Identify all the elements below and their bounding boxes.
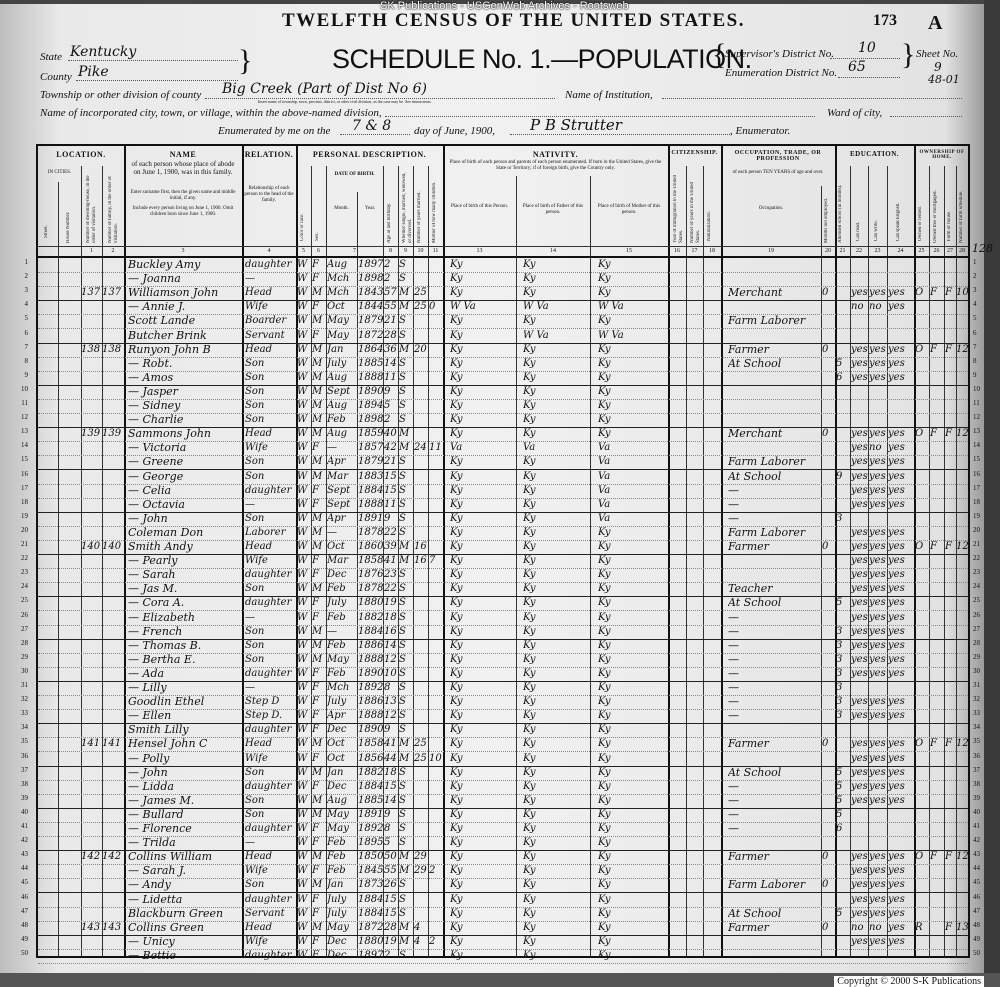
table-row: 1212— CharlieSonWMFeb18982SKyKyKy (38, 413, 968, 428)
can-read-cell: yes (851, 752, 868, 766)
birthplace-father-cell: Ky (523, 540, 590, 554)
can-speak-english-cell: yes (888, 470, 914, 484)
color-cell: W (297, 695, 311, 709)
relation-cell: Wife (245, 864, 296, 878)
can-write-cell: no (869, 300, 887, 314)
table-row: 3131— Lilly—WFMch18928SKyKyKy—3 (38, 681, 968, 696)
page-number: 173 (873, 12, 897, 30)
birthplace-father-cell: Ky (523, 723, 590, 737)
relation-cell: Head (245, 286, 296, 300)
owned-rented-cell (915, 455, 929, 469)
vh-color: Color or race. (300, 196, 306, 241)
farm-schedule-cell (956, 441, 970, 455)
farm-house-cell (945, 864, 956, 878)
relation-cell: Step D. (245, 709, 296, 723)
years-married-cell: 25 (414, 752, 428, 766)
free-mortgaged-cell (930, 413, 944, 427)
years-married-cell (414, 512, 428, 526)
birthplace-person-cell: Ky (450, 864, 516, 878)
birthplace-mother-cell: Ky (598, 794, 668, 808)
vh-naturalization: Naturalization. (707, 176, 713, 241)
farm-house-cell (945, 611, 956, 625)
farm-schedule-cell (956, 822, 970, 836)
birthplace-person-cell: Ky (450, 794, 516, 808)
farm-schedule-cell (956, 752, 970, 766)
birth-year-cell: 1864 (358, 343, 383, 357)
dwelling-number-cell (81, 935, 102, 949)
birthplace-father-cell: Ky (523, 667, 590, 681)
months-unemployed-cell (822, 808, 835, 822)
years-married-cell (414, 639, 428, 653)
family-number-cell (102, 822, 124, 836)
mother-of-cell (429, 343, 443, 357)
relation-cell: — (245, 272, 296, 286)
birthplace-person-cell: Va (450, 441, 516, 455)
farm-schedule-cell (956, 808, 970, 822)
day-line (340, 134, 410, 135)
person-name-cell: — Bullard (128, 808, 242, 822)
birthplace-father-cell: Ky (523, 907, 590, 921)
birth-month-cell: Mar (327, 470, 357, 484)
birth-year-cell: 1888 (358, 709, 383, 723)
relation-cell: Wife (245, 441, 296, 455)
group-relation: RELATION. (242, 150, 296, 159)
marital-status-cell: S (399, 653, 413, 667)
person-name-cell: Scott Lande (128, 314, 242, 328)
attended-school-cell: 6 (836, 371, 850, 385)
owned-rented-cell (915, 893, 929, 907)
birthplace-mother-cell: Ky (598, 653, 668, 667)
birthplace-person-cell: Ky (450, 314, 516, 328)
occupation-cell: — (728, 653, 821, 667)
can-write-cell (869, 723, 887, 737)
can-speak-english-cell: yes (888, 568, 914, 582)
birthplace-mother-cell: Ky (598, 371, 668, 385)
line-number: 44 (14, 864, 28, 872)
mother-of-cell (429, 822, 443, 836)
vh-attended-school: Attended school (in months). (838, 168, 844, 243)
can-write-cell: yes (869, 794, 887, 808)
mother-of-cell: 10 (429, 752, 443, 766)
family-number-cell (102, 935, 124, 949)
years-married-cell: 24 (414, 441, 428, 455)
can-write-cell: yes (869, 484, 887, 498)
person-name-cell: — Jas M. (128, 582, 242, 596)
line-number-right: 17 (973, 484, 987, 492)
can-write-cell: yes (869, 639, 887, 653)
family-number-cell (102, 413, 124, 427)
sex-cell: M (312, 737, 326, 751)
mother-of-cell (429, 258, 443, 272)
relation-cell: Wife (245, 300, 296, 314)
birthplace-person-cell: Ky (450, 385, 516, 399)
owned-rented-cell (915, 526, 929, 540)
relation-cell: Son (245, 582, 296, 596)
family-number-cell (102, 258, 124, 272)
birthplace-father-cell: Ky (523, 653, 590, 667)
owned-rented-cell (915, 681, 929, 695)
sex-cell: M (312, 878, 326, 892)
occupation-cell: — (728, 808, 821, 822)
can-write-cell: yes (869, 766, 887, 780)
table-row: 2424— Jas M.SonWMFeb187822SKyKyKyTeacher… (38, 582, 968, 597)
age-cell: 41 (384, 554, 398, 568)
dwelling-number-cell (81, 371, 102, 385)
person-name-cell: Smith Andy (128, 540, 242, 554)
free-mortgaged-cell (930, 329, 944, 343)
birthplace-person-cell: Ky (450, 413, 516, 427)
free-mortgaged-cell (930, 568, 944, 582)
name-instr2: Include every person living on June 1, 1… (130, 206, 236, 218)
colno-20: 20 (821, 248, 835, 254)
occupation-cell (728, 413, 821, 427)
group-citizenship: CITIZENSHIP. (668, 150, 721, 156)
color-cell: W (297, 850, 311, 864)
birth-month-cell: Feb (327, 413, 357, 427)
line-number: 34 (14, 723, 28, 731)
owned-rented-cell: R (915, 921, 929, 935)
can-write-cell (869, 681, 887, 695)
years-married-cell (414, 399, 428, 413)
months-unemployed-cell (822, 893, 835, 907)
birthplace-father-cell: Ky (523, 893, 590, 907)
birthplace-person-cell: Ky (450, 512, 516, 526)
can-read-cell (851, 385, 868, 399)
can-read-cell: yes (851, 935, 868, 949)
can-speak-english-cell: yes (888, 554, 914, 568)
farm-house-cell (945, 893, 956, 907)
line-number: 48 (14, 921, 28, 929)
birthplace-mother-cell: Ky (598, 681, 668, 695)
supervisor-label: Supervisor's District No. (725, 48, 834, 60)
birthplace-person-cell: Ky (450, 343, 516, 357)
age-cell: 14 (384, 357, 398, 371)
birth-month-cell: Sept (327, 484, 357, 498)
farm-schedule-cell (956, 709, 970, 723)
person-name-cell: Williamson John (128, 286, 242, 300)
relation-cell: Boarder (245, 314, 296, 328)
line-number: 36 (14, 752, 28, 760)
attended-school-cell: 3 (836, 695, 850, 709)
farm-schedule-cell (956, 625, 970, 639)
birth-year-cell: 1888 (358, 653, 383, 667)
dwelling-number-cell (81, 611, 102, 625)
owned-rented-cell (915, 258, 929, 272)
dwelling-number-cell (81, 667, 102, 681)
birthplace-father-cell: Ky (523, 611, 590, 625)
can-write-cell: yes (869, 935, 887, 949)
farm-schedule-cell (956, 723, 970, 737)
line-number: 49 (14, 935, 28, 943)
birth-month-cell: Feb (327, 639, 357, 653)
birthplace-father-cell: Ky (523, 272, 590, 286)
years-married-cell (414, 413, 428, 427)
farm-schedule-cell (956, 258, 970, 272)
line-number-right: 29 (973, 653, 987, 661)
family-number-cell (102, 582, 124, 596)
vh-sex: Sex. (315, 216, 321, 241)
attended-school-cell (836, 272, 850, 286)
color-cell: W (297, 568, 311, 582)
can-write-cell: yes (869, 667, 887, 681)
age-cell: 19 (384, 596, 398, 610)
can-speak-english-cell: yes (888, 611, 914, 625)
birth-year-cell: 1882 (358, 766, 383, 780)
line-number: 27 (14, 625, 28, 633)
vh-street: Street. (44, 198, 50, 238)
color-cell: W (297, 554, 311, 568)
enumerator-name: P B Strutter (530, 116, 622, 134)
months-unemployed-cell (822, 512, 835, 526)
months-unemployed-cell (822, 864, 835, 878)
color-cell: W (297, 822, 311, 836)
person-name-cell: Goodlin Ethel (128, 695, 242, 709)
farm-schedule-cell (956, 300, 970, 314)
person-name-cell: — Amos (128, 371, 242, 385)
marital-status-cell: S (399, 667, 413, 681)
family-number-cell: 137 (102, 286, 124, 300)
owned-rented-cell (915, 836, 929, 850)
relation-cell: Head (245, 850, 296, 864)
enumerated-prefix: Enumerated by me on the (218, 125, 330, 137)
can-write-cell: yes (869, 427, 887, 441)
family-number-cell (102, 554, 124, 568)
colno-7: 7 (326, 248, 383, 254)
birthplace-father-cell: Ky (523, 878, 590, 892)
birth-month-cell: Aug (327, 258, 357, 272)
sex-cell: M (312, 540, 326, 554)
birth-year-cell: 1843 (358, 286, 383, 300)
table-row: 22— Joanna—WFMch18982SKyKyKy (38, 272, 968, 287)
age-cell: 2 (384, 413, 398, 427)
birth-year-cell: 1886 (358, 695, 383, 709)
age-cell: 16 (384, 625, 398, 639)
birth-month-cell: July (327, 596, 357, 610)
relation-cell: daughter (245, 568, 296, 582)
sex-cell: M (312, 850, 326, 864)
farm-schedule-cell: 125 (956, 343, 970, 357)
schedule-title: SCHEDULE No. 1.—POPULATION. (332, 44, 752, 75)
dwelling-number-cell (81, 554, 102, 568)
line-number-right: 37 (973, 766, 987, 774)
months-unemployed-cell (822, 399, 835, 413)
age-cell: 14 (384, 639, 398, 653)
colno-1: 1 (81, 248, 102, 254)
months-unemployed-cell (822, 639, 835, 653)
free-mortgaged-cell: F (930, 540, 944, 554)
family-number-cell (102, 639, 124, 653)
years-married-cell (414, 780, 428, 794)
attended-school-cell (836, 893, 850, 907)
family-number-cell (102, 455, 124, 469)
free-mortgaged-cell (930, 441, 944, 455)
marital-status-cell: M (399, 441, 413, 455)
birthplace-mother-cell: Ky (598, 343, 668, 357)
dwelling-number-cell: 137 (81, 286, 102, 300)
occupation-cell (728, 258, 821, 272)
can-read-cell (851, 822, 868, 836)
can-speak-english-cell (888, 399, 914, 413)
attended-school-cell (836, 554, 850, 568)
birthplace-mother-cell: Ky (598, 272, 668, 286)
birthplace-father-cell: Ky (523, 625, 590, 639)
owned-rented-cell (915, 554, 929, 568)
mother-of-cell (429, 484, 443, 498)
line-number: 24 (14, 582, 28, 590)
marital-status-cell: S (399, 455, 413, 469)
years-married-cell: 25 (414, 286, 428, 300)
vh-marital: Whether single, married, widowed, or div… (402, 168, 414, 243)
dwelling-number-cell (81, 695, 102, 709)
farm-schedule-cell (956, 893, 970, 907)
family-number-cell (102, 399, 124, 413)
line-number: 16 (14, 470, 28, 478)
colno-4: 4 (242, 248, 296, 254)
years-married-cell (414, 766, 428, 780)
table-row: 1111— SidneySonWMAug18945SKyKyKy (38, 399, 968, 414)
owned-rented-cell (915, 399, 929, 413)
dwelling-number-cell (81, 385, 102, 399)
table-row: 2828— Thomas B.SonWMFeb188614SKyKyKy—3ye… (38, 639, 968, 654)
free-mortgaged-cell: F (930, 427, 944, 441)
color-cell: W (297, 526, 311, 540)
attended-school-cell (836, 568, 850, 582)
can-read-cell: yes (851, 667, 868, 681)
can-speak-english-cell (888, 385, 914, 399)
months-unemployed-cell (822, 582, 835, 596)
years-married-cell: 16 (414, 554, 428, 568)
can-read-cell (851, 949, 868, 963)
person-name-cell: — Greene (128, 455, 242, 469)
family-number-cell (102, 766, 124, 780)
attended-school-cell: 3 (836, 709, 850, 723)
mother-of-cell (429, 455, 443, 469)
age-cell: 9 (384, 512, 398, 526)
can-read-cell: yes (851, 653, 868, 667)
township-note: Insert name of township, town, precinct,… (258, 99, 432, 104)
nativity-sub: Place of birth of each person and parent… (448, 160, 663, 172)
attended-school-cell (836, 329, 850, 343)
farm-house-cell (945, 808, 956, 822)
person-name-cell: — Pearly (128, 554, 242, 568)
sex-cell: F (312, 907, 326, 921)
age-cell: 2 (384, 272, 398, 286)
birth-month-cell: July (327, 357, 357, 371)
attended-school-cell: 3 (836, 667, 850, 681)
dwelling-number-cell (81, 752, 102, 766)
farm-house-cell (945, 272, 956, 286)
group-ownership: OWNERSHIP OF HOME. (914, 150, 970, 160)
farm-house-cell (945, 385, 956, 399)
line-number: 32 (14, 695, 28, 703)
line-number: 20 (14, 526, 28, 534)
birth-year-cell: 1886 (358, 639, 383, 653)
colno-26: 26 (929, 248, 944, 254)
farm-schedule-cell (956, 695, 970, 709)
family-number-cell (102, 653, 124, 667)
occupation-cell: — (728, 611, 821, 625)
can-read-cell (851, 272, 868, 286)
farm-house-cell (945, 498, 956, 512)
birthplace-person-cell: Ky (450, 709, 516, 723)
birthplace-father-cell: Ky (523, 780, 590, 794)
can-speak-english-cell (888, 314, 914, 328)
attended-school-cell: 5 (836, 808, 850, 822)
age-cell: 15 (384, 470, 398, 484)
sex-cell: M (312, 427, 326, 441)
birth-month-cell: Feb (327, 836, 357, 850)
mother-of-cell (429, 737, 443, 751)
farm-schedule-cell (956, 484, 970, 498)
marital-status-cell: S (399, 512, 413, 526)
person-name-cell: — Ada (128, 667, 242, 681)
can-write-cell: yes (869, 850, 887, 864)
occupation-cell: — (728, 667, 821, 681)
can-speak-english-cell (888, 413, 914, 427)
free-mortgaged-cell (930, 385, 944, 399)
dwelling-number-cell (81, 357, 102, 371)
sex-cell: M (312, 343, 326, 357)
birth-month-cell: Feb (327, 582, 357, 596)
line-number-right: 2 (973, 272, 987, 280)
birthplace-mother-cell: Ky (598, 907, 668, 921)
birth-month-cell: Feb (327, 611, 357, 625)
birthplace-person-cell: Ky (450, 737, 516, 751)
can-write-cell: yes (869, 371, 887, 385)
state-label: State (40, 51, 62, 63)
occupation-cell: — (728, 780, 821, 794)
birthplace-mother-cell: W Va (598, 300, 668, 314)
birth-month-cell: Aug (327, 794, 357, 808)
birthplace-father-cell: Ky (523, 512, 590, 526)
table-row: 4747Blackburn GreenServantWFJuly188415SK… (38, 907, 968, 922)
sex-cell: F (312, 822, 326, 836)
table-row: 3232Goodlin EthelStep DWFJuly188613SKyKy… (38, 695, 968, 710)
birthplace-father-cell: W Va (523, 300, 590, 314)
owned-rented-cell: O (915, 737, 929, 751)
marital-status-cell: M (399, 935, 413, 949)
occupation-cell: Merchant (728, 286, 821, 300)
sex-cell: F (312, 441, 326, 455)
marital-status-cell: S (399, 314, 413, 328)
farm-house-cell (945, 935, 956, 949)
line-number-right: 20 (973, 526, 987, 534)
farm-schedule-cell (956, 272, 970, 286)
sex-cell: M (312, 371, 326, 385)
free-mortgaged-cell: F (930, 286, 944, 300)
table-row: 1010— JasperSonWMSept18909SKyKyKy (38, 385, 968, 400)
table-row: 4444— Sarah J.WifeWFFeb184555M292KyKyKyy… (38, 864, 968, 879)
years-married-cell (414, 568, 428, 582)
marital-status-cell: S (399, 766, 413, 780)
birthplace-mother-cell: Ky (598, 314, 668, 328)
marital-status-cell: S (399, 611, 413, 625)
vh-can-speak-english: Can speak English. (896, 176, 902, 241)
can-write-cell (869, 314, 887, 328)
birth-month-cell: Sept (327, 498, 357, 512)
state-value: Kentucky (70, 44, 136, 60)
person-name-cell: — Robt. (128, 357, 242, 371)
marital-status-cell: M (399, 286, 413, 300)
occupation-cell (728, 568, 821, 582)
can-write-cell (869, 413, 887, 427)
birthplace-father-cell: Ky (523, 681, 590, 695)
free-mortgaged-cell (930, 258, 944, 272)
sex-cell: F (312, 836, 326, 850)
birth-year-cell: 1873 (358, 878, 383, 892)
color-cell: W (297, 949, 311, 963)
occupation-cell: — (728, 709, 821, 723)
